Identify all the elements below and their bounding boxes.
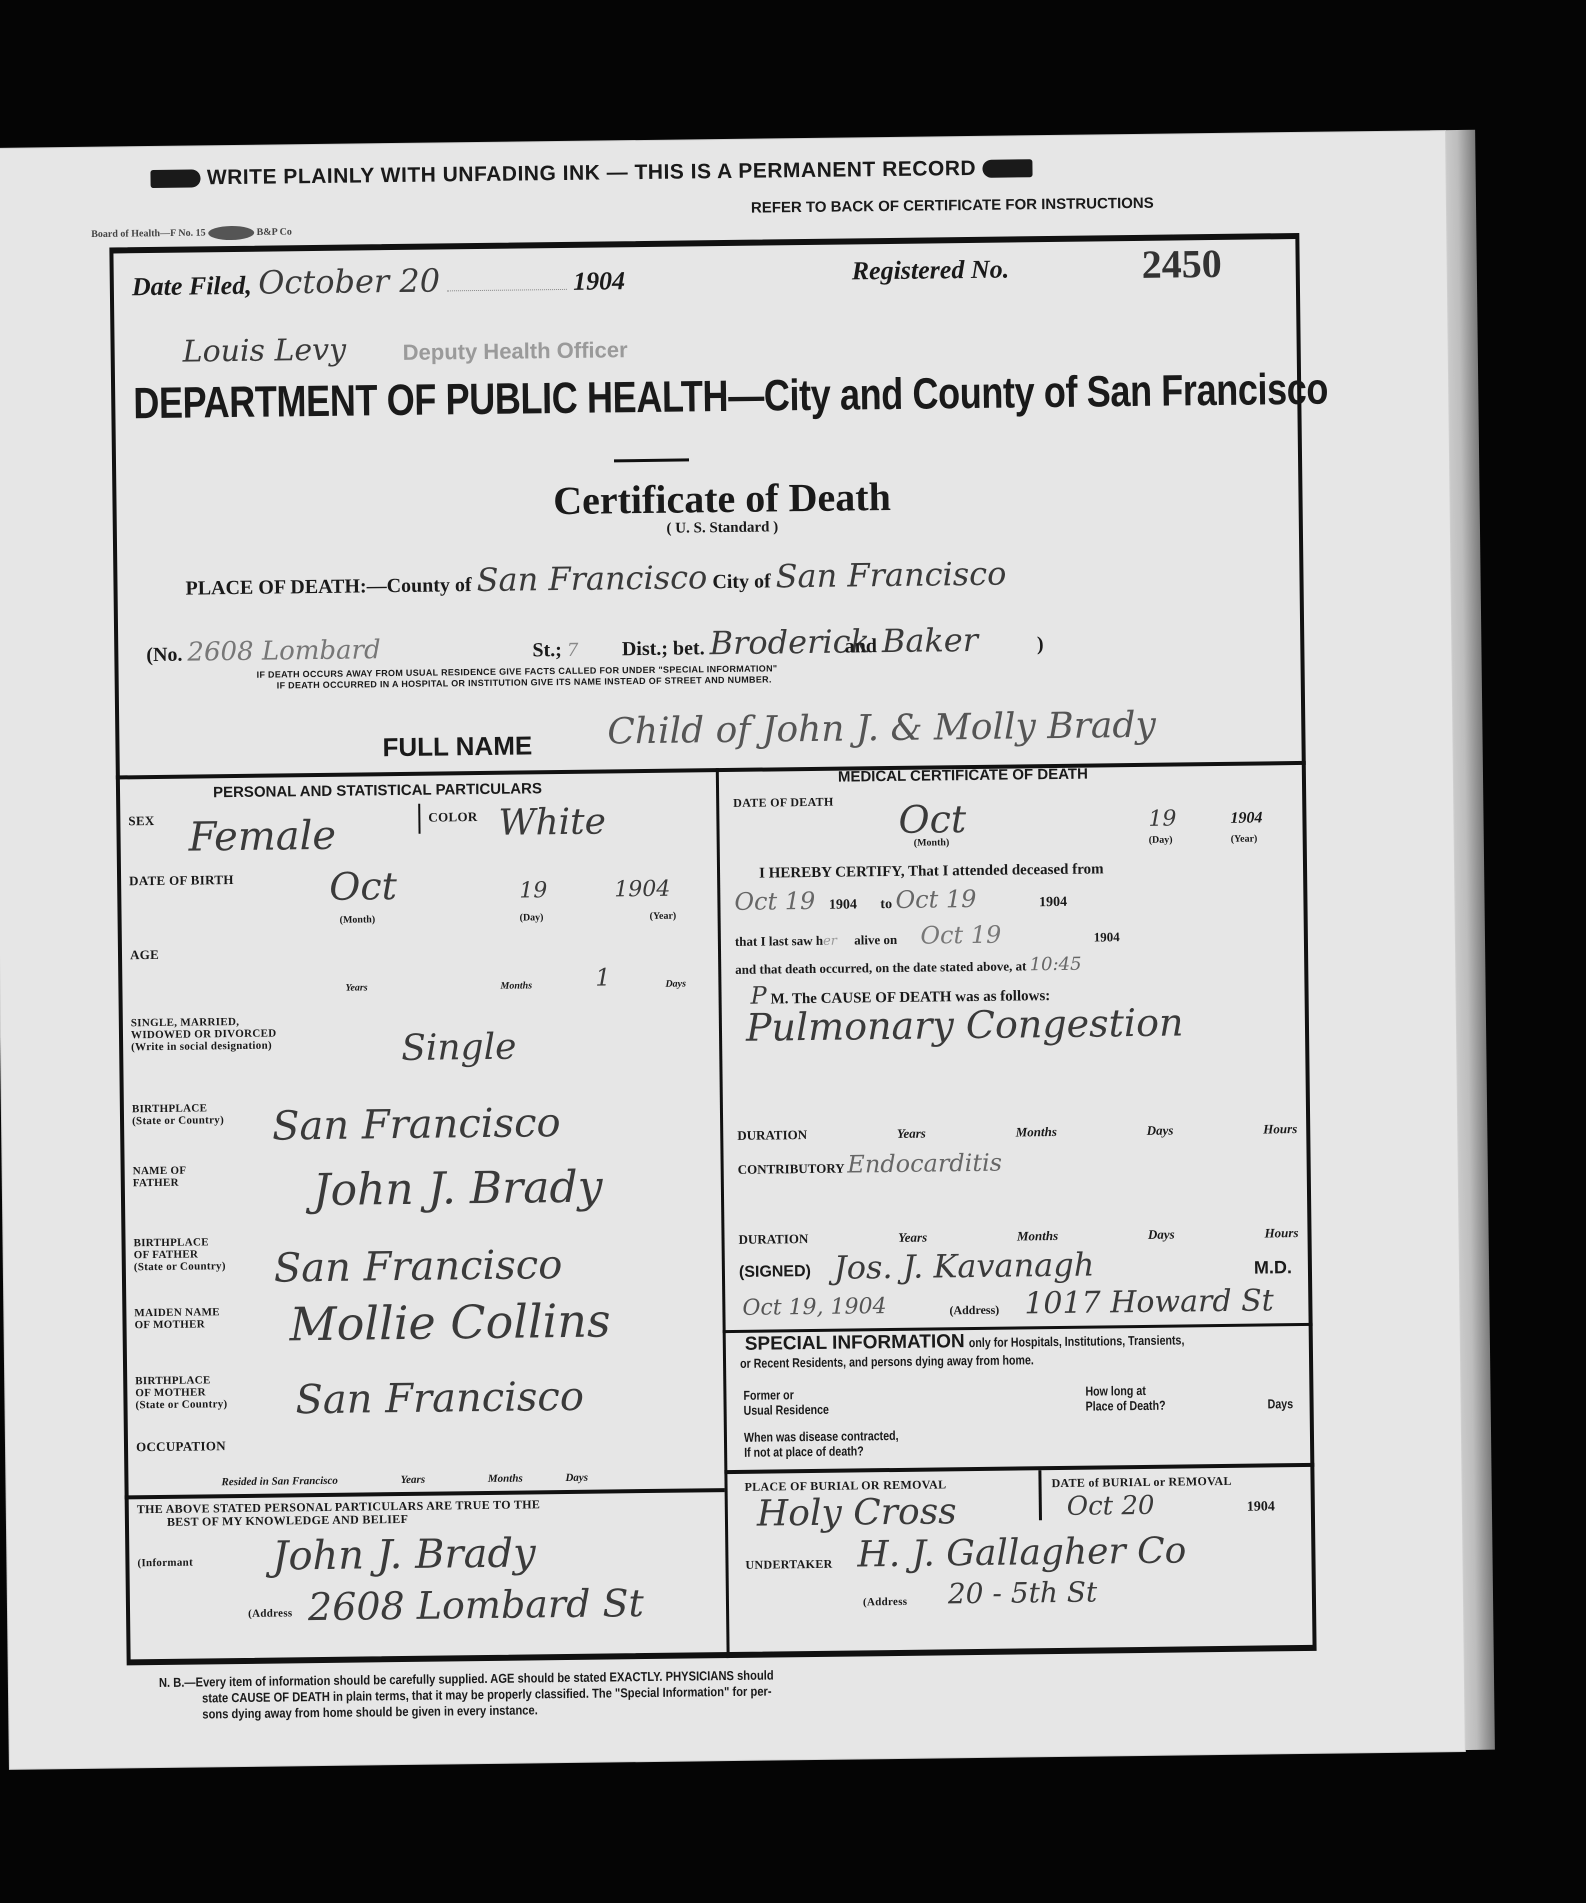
duration-months: Months — [1017, 1228, 1058, 1245]
father-value: John J. Brady — [313, 1162, 603, 1217]
cause-value: Pulmonary Congestion — [746, 1000, 1184, 1049]
how-long-label-1: How long at — [1085, 1383, 1165, 1399]
city-value: San Francisco — [775, 555, 1006, 596]
city-label: City of — [712, 570, 771, 593]
nb-label: N. B.— — [159, 1675, 196, 1690]
year-caption: (Year) — [650, 911, 677, 922]
dob-day: 19 — [519, 878, 547, 903]
printer-name: B&P Co — [256, 227, 291, 238]
dob-month: Oct — [329, 864, 397, 909]
dod-label: DATE OF DEATH — [733, 795, 834, 811]
mother-bp-label-1: BIRTHPLACE — [135, 1374, 227, 1387]
informant-address-value: 2608 Lombard St — [308, 1581, 644, 1629]
attestation: THE ABOVE STATED PERSONAL PARTICULARS AR… — [137, 1498, 541, 1529]
registered-number: 2450 — [1141, 240, 1222, 288]
undertaker-label: UNDERTAKER — [745, 1557, 832, 1573]
certificate-frame — [109, 233, 1316, 1665]
st-label: St.; — [532, 639, 562, 661]
pointing-hand-icon — [150, 170, 200, 189]
occurred-label: and that death occurred, on the date sta… — [735, 958, 1026, 977]
color-label: COLOR — [428, 809, 477, 826]
registered-label: Registered No. — [852, 255, 1010, 287]
age-days-caption: Days — [665, 979, 686, 990]
alive-on-label: alive on — [840, 932, 897, 948]
duration-label: DURATION — [737, 1127, 807, 1144]
street-value: 2608 Lombard — [187, 633, 527, 667]
date-filed-row: Date Filed, October 20 1904 — [132, 259, 626, 303]
date-filed-value: October 20 — [258, 261, 440, 301]
special-heading-note: only for Hospitals, Institutions, Transi… — [969, 1332, 1185, 1350]
burial-date-value: Oct 20 — [1067, 1491, 1155, 1522]
md-label: M.D. — [1254, 1257, 1292, 1278]
father-birthplace-value: San Francisco — [274, 1242, 563, 1292]
marital-value: Single — [401, 1027, 517, 1069]
physician-address-label: (Address) — [949, 1303, 999, 1319]
dod-day: 19 — [1148, 807, 1176, 832]
duration-hours: Hours — [1264, 1225, 1298, 1241]
informant-label: (Informant — [137, 1557, 193, 1570]
sex-label: SEX — [128, 813, 154, 829]
father-bp-label-2: OF FATHER — [134, 1248, 226, 1261]
age-label: AGE — [130, 947, 159, 963]
how-long-label: How long at Place of Death? — [1085, 1383, 1165, 1414]
mother-label-1: MAIDEN NAME — [134, 1306, 220, 1319]
death-certificate-page: WRITE PLAINLY WITH UNFADING INK — THIS I… — [0, 131, 1465, 1769]
former-residence-label: Former or Usual Residence — [743, 1387, 829, 1418]
duration-label: DURATION — [738, 1231, 808, 1248]
medical-heading: MEDICAL CERTIFICATE OF DEATH — [838, 766, 1088, 786]
contributory-label: CONTRIBUTORY — [738, 1161, 845, 1177]
attended-to-date: Oct 19 — [895, 884, 1035, 914]
mother-birthplace-value: San Francisco — [295, 1374, 584, 1424]
age-months-caption: Months — [500, 980, 532, 991]
marital-label-3: (Write in social designation) — [131, 1040, 277, 1054]
former-label-1: Former or — [743, 1387, 828, 1403]
and-label: and — [844, 635, 877, 657]
mother-label: MAIDEN NAME OF MOTHER — [134, 1306, 220, 1331]
banner: WRITE PLAINLY WITH UNFADING INK — THIS I… — [150, 156, 1032, 191]
burial-year: 1904 — [1247, 1499, 1275, 1515]
county-value: San Francisco — [476, 558, 707, 599]
dod-year-caption: (Year) — [1231, 834, 1258, 845]
banner-left: WRITE PLAINLY WITH UNFADING INK — [207, 161, 601, 189]
father-bp-label-1: BIRTHPLACE — [133, 1236, 225, 1249]
duration-months: Months — [1016, 1124, 1057, 1141]
dist-label: Dist.; bet. — [622, 637, 705, 660]
father-birthplace-label: BIRTHPLACE OF FATHER (State or Country) — [133, 1236, 225, 1273]
resided-days: Days — [525, 1472, 588, 1485]
birthplace-label: BIRTHPLACE (State or Country) — [132, 1102, 224, 1127]
dod-year: 1904 — [1230, 809, 1262, 827]
banner-right: THIS IS A PERMANENT RECORD — [634, 157, 976, 184]
full-name-label: FULL NAME — [382, 730, 532, 763]
sex-value: Female — [188, 813, 336, 861]
refer-note: REFER TO BACK OF CERTIFICATE FOR INSTRUC… — [751, 195, 1154, 217]
dob-label: DATE OF BIRTH — [129, 872, 234, 889]
last-saw-label: that I last saw h — [735, 933, 823, 949]
father-label-1: NAME OF — [133, 1165, 187, 1178]
birthplace-value: San Francisco — [272, 1100, 561, 1150]
form-id: Board of Health—F No. 15 B&P Co — [91, 225, 292, 241]
dod-month: Oct — [898, 797, 966, 842]
resided-months: Months — [428, 1473, 523, 1486]
between-street-1: Broderick — [709, 623, 839, 663]
father-bp-label-3: (State or Country) — [134, 1260, 226, 1273]
age-days-value: 1 — [595, 963, 611, 991]
ward-value: 7 — [567, 639, 617, 661]
color-value: White — [498, 801, 606, 843]
how-long-label-2: Place of Death? — [1086, 1398, 1166, 1414]
contracted-label-2: If not at place of death? — [744, 1443, 899, 1460]
place-of-death-label: PLACE OF DEATH:—County of — [185, 574, 471, 599]
dod-day-caption: (Day) — [1149, 835, 1173, 846]
dod-month-caption: (Month) — [914, 837, 950, 848]
full-name-value: Child of John J. & Molly Brady — [607, 705, 1156, 753]
last-saw-year: 1904 — [1094, 929, 1120, 944]
father-label-2: FATHER — [133, 1177, 187, 1190]
duration-years: Years — [898, 1230, 927, 1246]
marital-label: SINGLE, MARRIED, WIDOWED OR DIVORCED (Wr… — [131, 1016, 277, 1054]
contributory-row: CONTRIBUTORY Endocarditis — [737, 1149, 1002, 1180]
informant-value: John J. Brady — [272, 1530, 536, 1579]
occurred-row: and that death occurred, on the date sta… — [735, 954, 1082, 979]
attended-to-year: 1904 — [1039, 895, 1067, 910]
burial-place-value: Holy Cross — [757, 1491, 957, 1534]
physician-address: 1017 Howard St — [1024, 1283, 1274, 1321]
mother-value: Mollie Collins — [289, 1293, 611, 1351]
undertaker-value: H. J. Gallagher Co — [857, 1530, 1186, 1575]
age-years-caption: Years — [345, 982, 367, 993]
mother-bp-label-3: (State or Country) — [135, 1398, 227, 1411]
no-label: (No. — [146, 644, 182, 666]
death-time: 10:45 — [1029, 954, 1081, 976]
last-saw-row: that I last saw her alive on Oct 19 1904 — [735, 919, 1120, 952]
undertaker-address-value: 20 - 5th St — [948, 1576, 1098, 1611]
resided-label: Resided in San Francisco — [221, 1475, 338, 1488]
physician-signature: Jos. J. Kavanagh — [834, 1246, 1095, 1287]
officer-title: Deputy Health Officer — [403, 337, 628, 366]
mother-label-2: OF MOTHER — [134, 1318, 220, 1331]
signed-date: Oct 19, 1904 — [742, 1294, 886, 1321]
informant-address-label: (Address — [248, 1607, 293, 1620]
last-saw-pronoun: er — [823, 934, 837, 949]
banner-separator: — — [607, 161, 629, 184]
to-label: to — [860, 897, 892, 912]
last-saw-date: Oct 19 — [900, 920, 1090, 950]
occupation-label: OCCUPATION — [136, 1438, 226, 1455]
union-label-icon — [208, 226, 254, 241]
signed-label: (SIGNED) — [739, 1263, 811, 1282]
resided-years: Years — [341, 1474, 426, 1487]
attended-row: Oct 19 1904 to Oct 19 1904 — [734, 884, 1067, 916]
duration-years: Years — [897, 1126, 926, 1142]
father-label: NAME OF FATHER — [133, 1165, 187, 1190]
date-filed-year: 1904 — [573, 266, 625, 296]
date-filed-label: Date Filed, — [132, 271, 252, 301]
officer-signature: Louis Levy — [182, 333, 346, 370]
days-label: Days — [1267, 1396, 1293, 1411]
undertaker-address-label: (Address — [863, 1596, 908, 1609]
birthplace-label-1: BIRTHPLACE — [132, 1102, 224, 1115]
duration-days: Days — [1148, 1227, 1175, 1243]
month-caption: (Month) — [340, 914, 376, 925]
duration-days: Days — [1147, 1123, 1174, 1139]
dob-year: 1904 — [614, 877, 670, 903]
contracted-label: When was disease contracted, If not at p… — [744, 1428, 899, 1460]
between-street-2: Baker — [882, 620, 1032, 660]
form-number: Board of Health—F No. 15 — [91, 228, 205, 240]
mother-birthplace-label: BIRTHPLACE OF MOTHER (State or Country) — [135, 1374, 227, 1411]
duration-hours: Hours — [1263, 1121, 1297, 1137]
footer-note: N. B.—Every item of information should b… — [159, 1662, 1260, 1723]
day-caption: (Day) — [520, 912, 544, 923]
contributory-value: Endocarditis — [847, 1149, 1002, 1179]
mother-bp-label-2: OF MOTHER — [135, 1386, 227, 1399]
special-heading-title: SPECIAL INFORMATION — [745, 1331, 965, 1355]
contracted-label-1: When was disease contracted, — [744, 1428, 899, 1445]
burial-date-label: DATE of BURIAL or REMOVAL — [1051, 1474, 1231, 1491]
former-label-2: Usual Residence — [744, 1402, 829, 1418]
attended-from-year: 1904 — [819, 897, 857, 912]
attended-from-date: Oct 19 — [734, 887, 815, 916]
pointing-hand-icon — [982, 160, 1032, 179]
birthplace-label-2: (State or Country) — [132, 1114, 224, 1127]
